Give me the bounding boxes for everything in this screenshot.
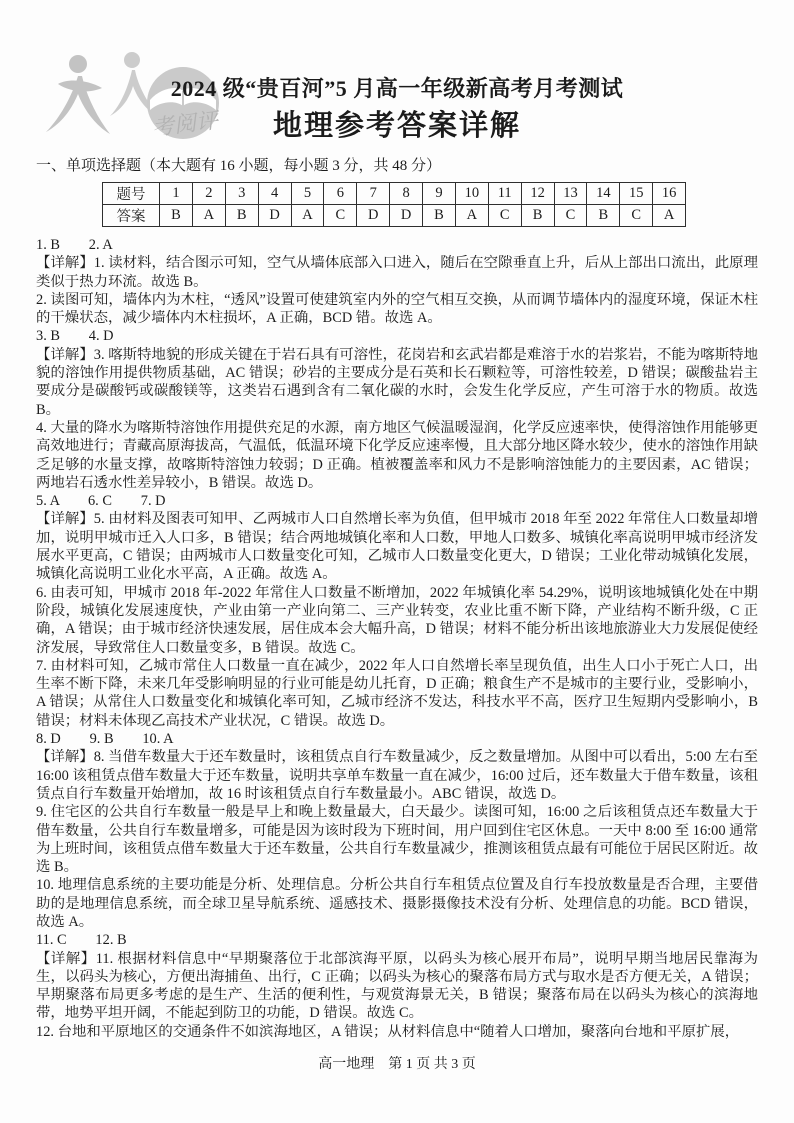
explanation-paragraph: 10. 地理信息系统的主要功能是分析、处理信息。分析公共自行车租赁点位置及自行车… <box>36 876 758 931</box>
answer-cell: D <box>390 205 423 227</box>
answer-cell: C <box>488 205 521 227</box>
question-number-cell: 7 <box>357 183 390 205</box>
question-number-cell: 16 <box>653 183 686 205</box>
answer-line: 11. C 12. B <box>36 931 758 949</box>
answer-cell: B <box>225 205 258 227</box>
question-number-cell: 8 <box>390 183 423 205</box>
answer-cell: A <box>291 205 324 227</box>
answer-cell: B <box>423 205 456 227</box>
question-number-cell: 6 <box>324 183 357 205</box>
answer-key-page: 考阅评 2024 级“贵百河”5 月高一年级新高考月考测试 地理参考答案详解 一… <box>0 0 794 1123</box>
question-number-row: 题号 12345678910111213141516 <box>103 183 686 205</box>
exam-title: 2024 级“贵百河”5 月高一年级新高考月考测试 <box>36 74 758 104</box>
answer-cell: D <box>258 205 291 227</box>
page-content: 2024 级“贵百河”5 月高一年级新高考月考测试 地理参考答案详解 一、单项选… <box>0 0 794 1041</box>
explanation-paragraph: 9. 住宅区的公共自行车数量一般是早上和晚上数量最大，白天最少。读图可知，16:… <box>36 803 758 876</box>
question-number-cell: 2 <box>192 183 225 205</box>
answer-table: 题号 12345678910111213141516 答案 BABDACDDBA… <box>102 182 686 227</box>
question-number-cell: 15 <box>620 183 653 205</box>
answer-cell: B <box>521 205 554 227</box>
question-number-cell: 3 <box>225 183 258 205</box>
answer-cell: C <box>620 205 653 227</box>
section-heading: 一、单项选择题（本大题有 16 小题，每小题 3 分，共 48 分） <box>36 156 758 177</box>
explanation-paragraph: 7. 由材料可知，乙城市常住人口数量一直在减少，2022 年人口自然增长率呈现负… <box>36 657 758 730</box>
answer-line: 5. A 6. C 7. D <box>36 492 758 510</box>
answer-line: 1. B 2. A <box>36 236 758 254</box>
answer-line: 8. D 9. B 10. A <box>36 730 758 748</box>
answer-cell: C <box>324 205 357 227</box>
page-footer: 高一地理 第 1 页 共 3 页 <box>0 1053 794 1073</box>
question-number-cell: 1 <box>160 183 193 205</box>
answer-cell: D <box>357 205 390 227</box>
answer-cell: C <box>554 205 587 227</box>
question-number-cell: 10 <box>455 183 488 205</box>
question-number-label: 题号 <box>103 183 160 205</box>
question-number-cell: 12 <box>521 183 554 205</box>
explanation-paragraph: 4. 大量的降水为喀斯特溶蚀作用提供充足的水源，南方地区气候温暖湿润，化学反应速… <box>36 419 758 492</box>
question-number-cell: 4 <box>258 183 291 205</box>
answer-row: 答案 BABDACDDBACBCBCA <box>103 205 686 227</box>
answer-cell: B <box>160 205 193 227</box>
explanation-paragraph: 【详解】11. 根据材料信息中“早期聚落位于北部滨海平原，以码头为核心展开布局”… <box>36 950 758 1023</box>
answer-line: 3. B 4. D <box>36 327 758 345</box>
question-number-cell: 14 <box>587 183 620 205</box>
question-number-cell: 11 <box>488 183 521 205</box>
question-number-cell: 13 <box>554 183 587 205</box>
answer-cell: A <box>192 205 225 227</box>
explanations-section: 1. B 2. A【详解】1. 读材料，结合图示可知，空气从墙体底部入口进入，随… <box>36 236 758 1041</box>
explanation-paragraph: 12. 台地和平原地区的交通条件不如滨海地区，A 错误；从材料信息中“随着人口增… <box>36 1023 758 1041</box>
question-number-cell: 5 <box>291 183 324 205</box>
answer-cell: A <box>653 205 686 227</box>
answer-key-title: 地理参考答案详解 <box>36 106 758 146</box>
answer-cell: B <box>587 205 620 227</box>
explanation-paragraph: 6. 由表可知，甲城市 2018 年-2022 年常住人口数量不断增加，2022… <box>36 584 758 657</box>
answer-label: 答案 <box>103 205 160 227</box>
explanation-paragraph: 【详解】8. 当借车数量大于还车数量时，该租赁点自行车数量减少，反之数量增加。从… <box>36 748 758 803</box>
answer-cell: A <box>455 205 488 227</box>
explanation-paragraph: 【详解】3. 喀斯特地貌的形成关键在于岩石具有可溶性，花岗岩和玄武岩都是难溶于水… <box>36 346 758 419</box>
explanation-paragraph: 【详解】1. 读材料，结合图示可知，空气从墙体底部入口进入，随后在空隙垂直上升，… <box>36 254 758 291</box>
explanation-paragraph: 2. 读图可知，墙体内为木柱，“透风”设置可使建筑室内外的空气相互交换，从而调节… <box>36 291 758 328</box>
question-number-cell: 9 <box>423 183 456 205</box>
explanation-paragraph: 【详解】5. 由材料及图表可知甲、乙两城市人口自然增长率为负值，但甲城市 201… <box>36 510 758 583</box>
